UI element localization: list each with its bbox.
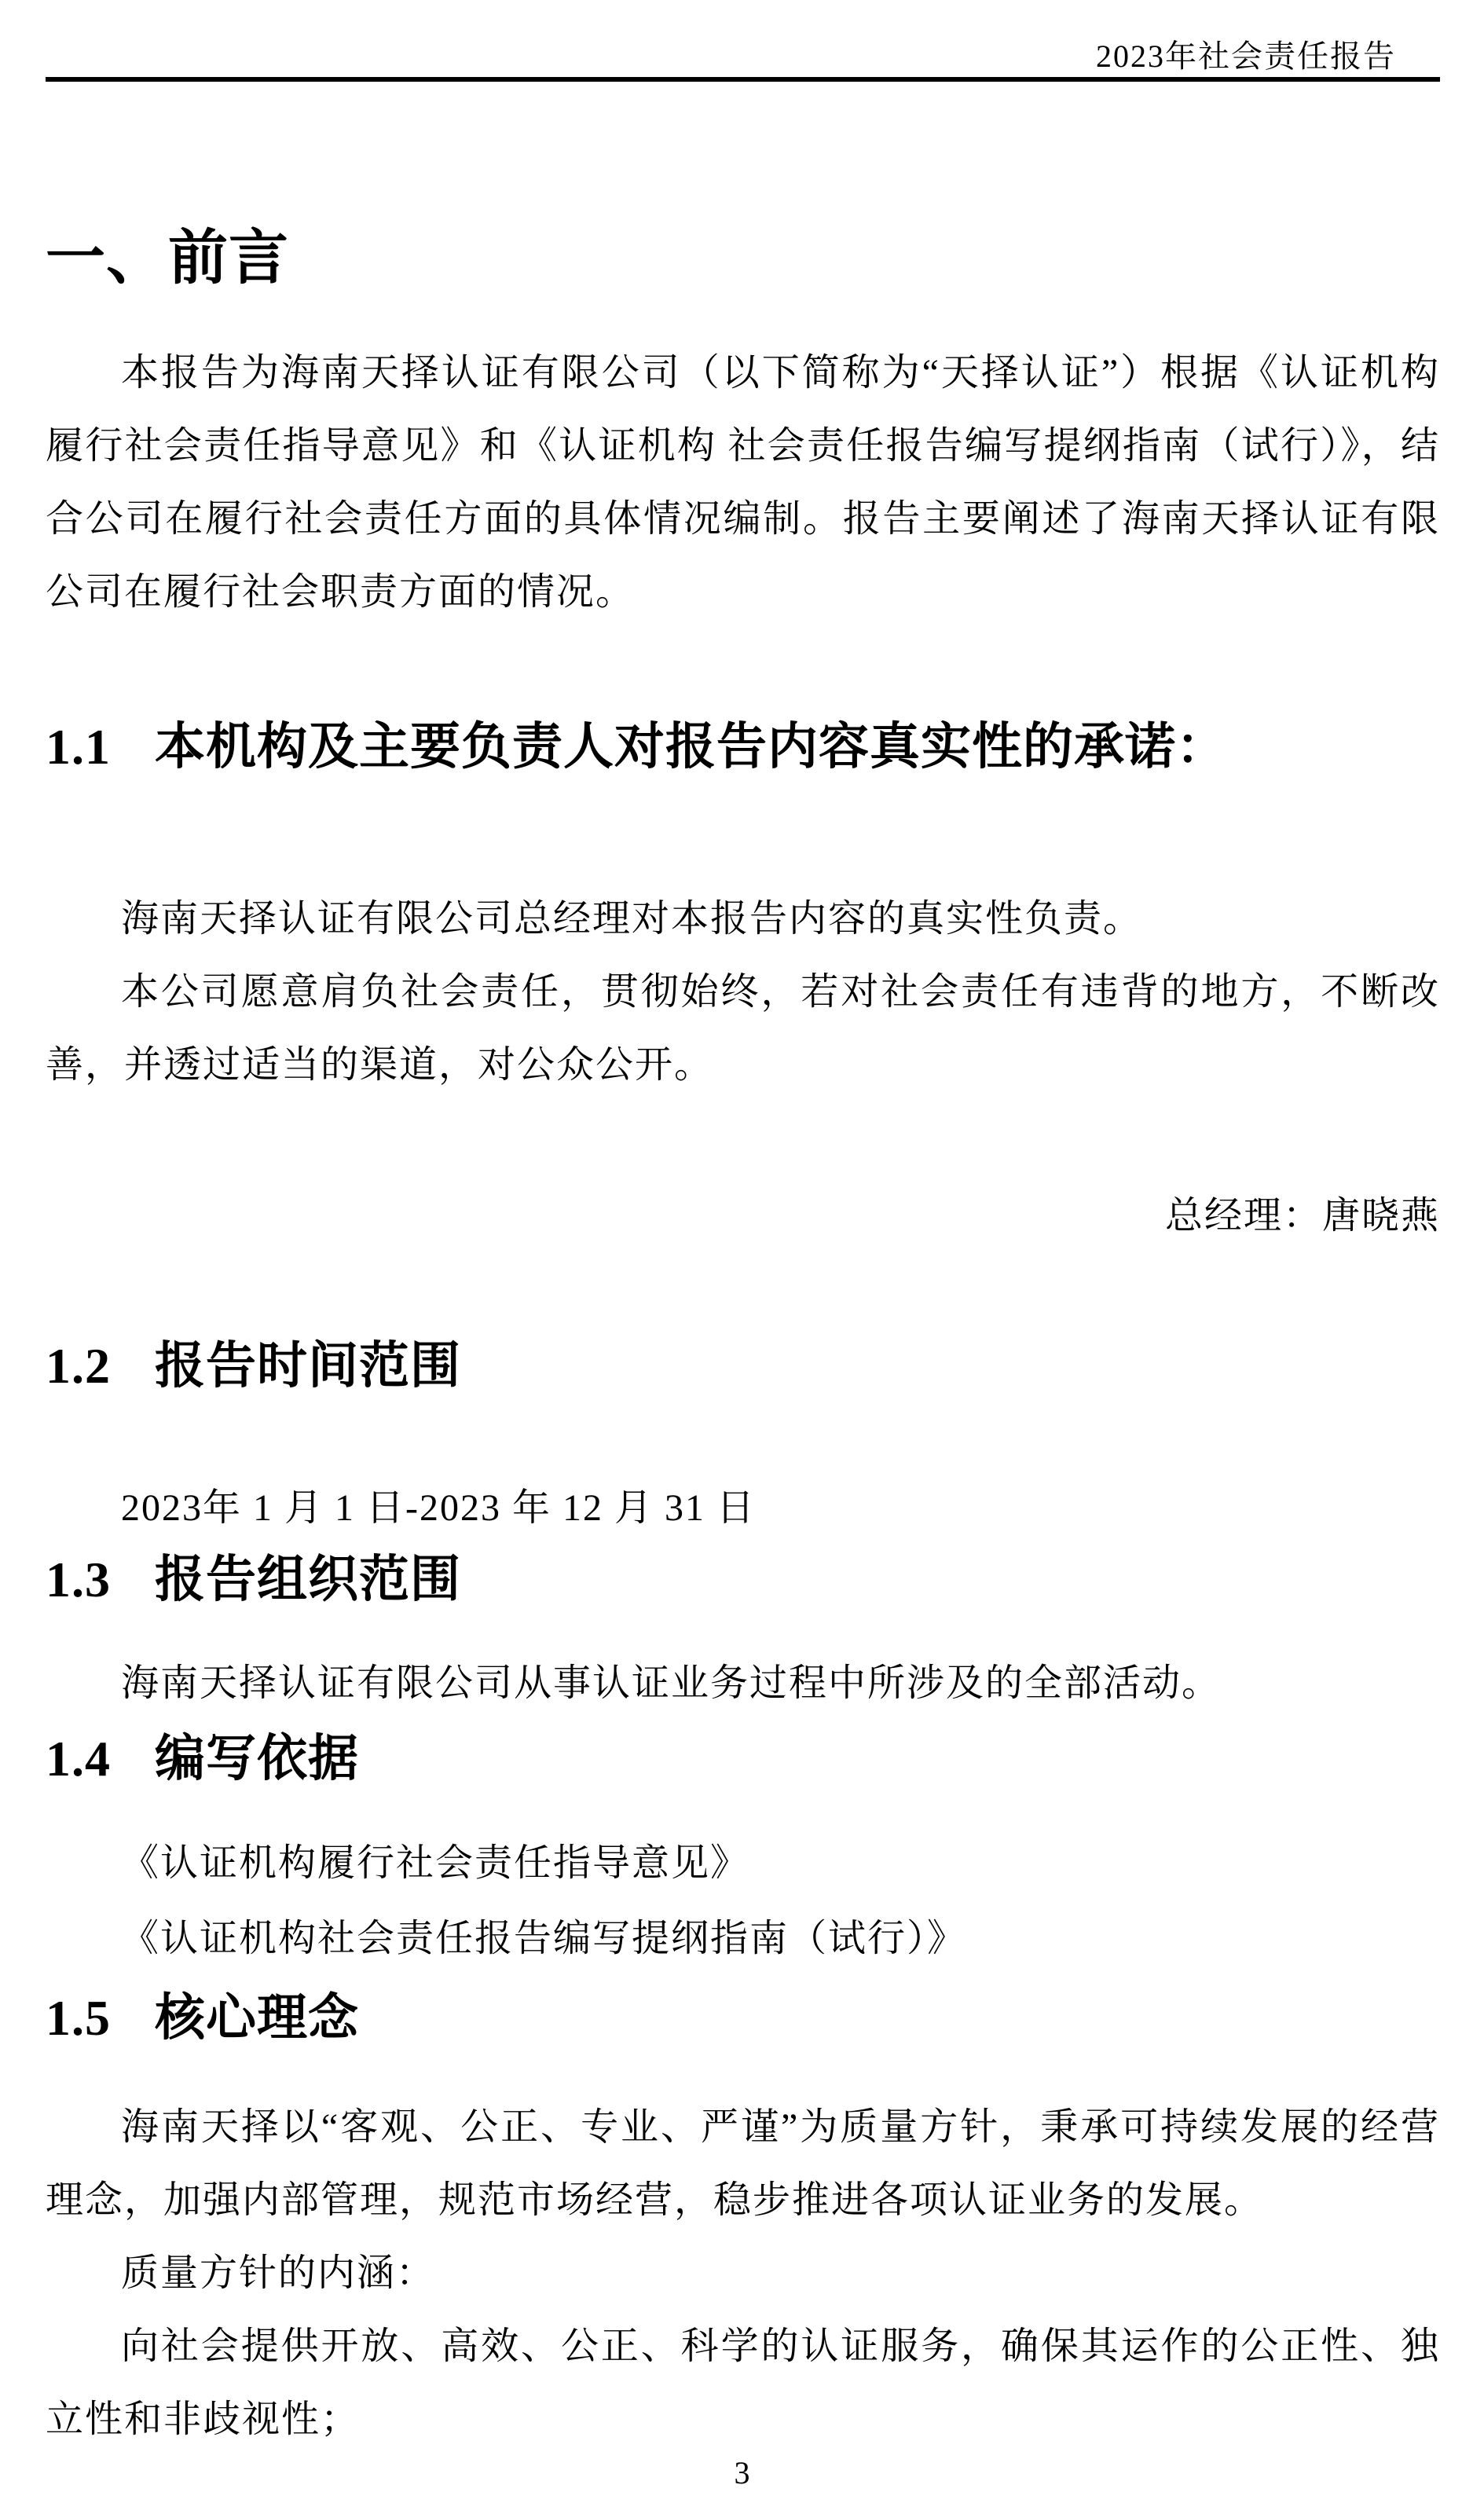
reference-item: 《认证机构社会责任报告编写提纲指南（试行）》: [46, 1901, 1440, 1977]
section-title-1-1: 本机构及主要负责人对报告内容真实性的承诺：: [155, 719, 1227, 775]
section-1-5-body: 海南天择以“客观、公正、专业、严谨”为质量方针，秉承可持续发展的经营理念，加强内…: [46, 2091, 1440, 2456]
section-heading-1-4: 1.4编写依据: [46, 1728, 1440, 1790]
doc-title-text: 前言: [168, 225, 289, 291]
reference-item: 《认证机构履行社会责任指导意见》: [46, 1826, 1440, 1901]
section-title-1-4: 编写依据: [155, 1731, 359, 1787]
section-number-1-1: 1.1: [46, 719, 111, 775]
doc-title: 一、前言: [46, 222, 1440, 296]
doc-title-number: 一、: [46, 225, 167, 291]
section-number-1-5: 1.5: [46, 1990, 111, 2046]
section-heading-1-2: 1.2报告时间范围: [46, 1335, 1440, 1398]
section-number-1-4: 1.4: [46, 1731, 111, 1787]
document-page: 2023年社会责任报告 一、前言 本报告为海南天择认证有限公司（以下简称为“天择…: [0, 0, 1484, 2503]
paragraph: 海南天择以“客观、公正、专业、严谨”为质量方针，秉承可持续发展的经营理念，加强内…: [46, 2091, 1440, 2237]
page-header: 2023年社会责任报告: [46, 0, 1440, 82]
paragraph: 本公司愿意肩负社会责任，贯彻始终，若对社会责任有违背的地方，不断改善，并透过适当…: [46, 955, 1440, 1101]
page-number: 3: [0, 2453, 1484, 2494]
paragraph: 质量方针的内涵：: [46, 2237, 1440, 2310]
section-heading-1-1: 1.1本机构及主要负责人对报告内容真实性的承诺：: [46, 716, 1440, 779]
section-title-1-2: 报告时间范围: [155, 1338, 461, 1394]
section-title-1-5: 核心理念: [155, 1990, 359, 2046]
paragraph: 海南天择认证有限公司总经理对本报告内容的真实性负责。: [46, 882, 1440, 955]
signature-line: 总经理：唐晓燕: [46, 1179, 1440, 1252]
paragraph: 向社会提供开放、高效、公正、科学的认证服务，确保其运作的公正性、独立性和非歧视性…: [46, 2310, 1440, 2456]
paragraph: 海南天择认证有限公司从事认证业务过程中所涉及的全部活动。: [46, 1647, 1440, 1720]
section-heading-1-3: 1.3报告组织范围: [46, 1548, 1440, 1611]
section-1-1-body: 海南天择认证有限公司总经理对本报告内容的真实性负责。 本公司愿意肩负社会责任，贯…: [46, 882, 1440, 1101]
header-title: 2023年社会责任报告: [1096, 38, 1396, 74]
section-title-1-3: 报告组织范围: [155, 1552, 461, 1607]
section-number-1-2: 1.2: [46, 1338, 111, 1394]
intro-paragraph: 本报告为海南天择认证有限公司（以下简称为“天择认证”）根据《认证机构履行社会责任…: [46, 336, 1440, 628]
section-number-1-3: 1.3: [46, 1552, 111, 1607]
section-heading-1-5: 1.5核心理念: [46, 1987, 1440, 2050]
report-period: 2023年 1 月 1 日-2023 年 12 月 31 日: [46, 1471, 1440, 1545]
reference-list: 《认证机构履行社会责任指导意见》 《认证机构社会责任报告编写提纲指南（试行）》: [46, 1826, 1440, 1977]
